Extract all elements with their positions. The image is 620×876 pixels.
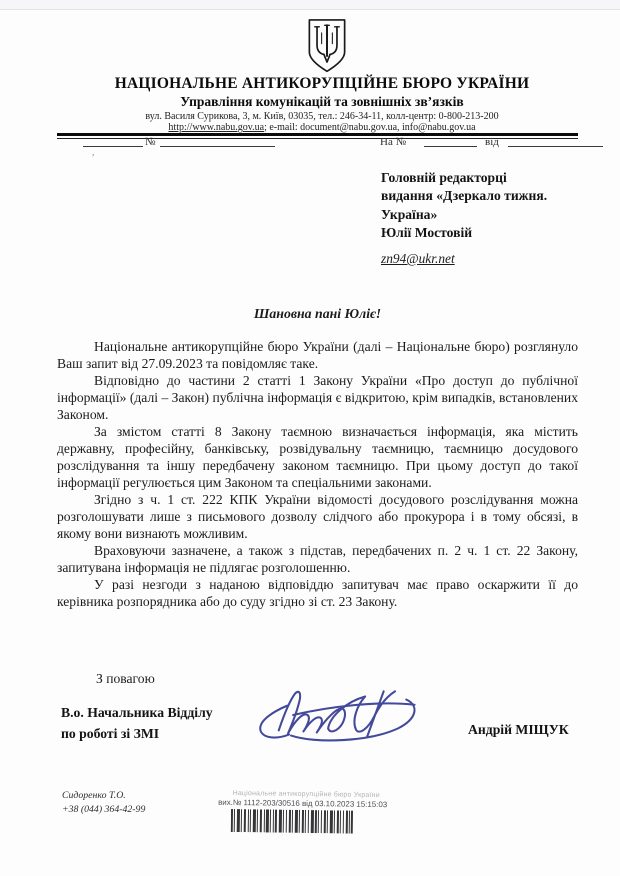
signer-position-line: по роботі зі ЗМІ bbox=[61, 723, 213, 744]
reply-date-label: від bbox=[485, 136, 499, 148]
recipient-line: Україна» bbox=[381, 206, 591, 224]
recipient-block: Головній редакторці видання «Дзеркало ти… bbox=[381, 169, 591, 242]
paragraph: Враховуючи зазначене, а також з підстав,… bbox=[57, 542, 578, 576]
executor-phone: +38 (044) 364-42-99 bbox=[62, 803, 145, 817]
paragraph: За змістом статті 8 Закону таємною визна… bbox=[57, 423, 578, 491]
number-label: № bbox=[145, 136, 156, 148]
reply-number-label: На № bbox=[380, 136, 406, 148]
contacts-line: http://www.nabu.gov.ua; e-mail: document… bbox=[24, 122, 620, 133]
recipient-line: Юлії Мостовій bbox=[381, 224, 591, 242]
salutation: Шановна пані Юліє! bbox=[57, 305, 578, 322]
org-name: НАЦІОНАЛЬНЕ АНТИКОРУПЦІЙНЕ БЮРО УКРАЇНИ bbox=[24, 75, 620, 93]
stamp-registration-line: вих.№ 1112-203/30516 від 03.10.2023 15:1… bbox=[218, 798, 394, 809]
scan-edge-band bbox=[0, 0, 620, 9]
executor-block: Сидоренко Т.О. +38 (044) 364-42-99 bbox=[62, 789, 145, 817]
outgoing-number-field bbox=[160, 134, 275, 147]
recipient-email: zn94@ukr.net bbox=[381, 251, 455, 267]
signer-position: В.о. Начальника Відділу по роботі зі ЗМІ bbox=[61, 702, 213, 744]
closing-phrase: З повагою bbox=[96, 671, 155, 687]
reply-date-field bbox=[508, 134, 603, 147]
executor-name: Сидоренко Т.О. bbox=[62, 789, 145, 803]
paragraph: Національне антикорупційне бюро України … bbox=[57, 338, 578, 372]
letter-body: Шановна пані Юліє! Національне антикоруп… bbox=[57, 305, 578, 610]
signer-position-line: В.о. Начальника Відділу bbox=[61, 702, 213, 723]
recipient-line: видання «Дзеркало тижня. bbox=[381, 187, 591, 205]
address-line: вул. Василя Сурикова, 3, м. Київ, 03035,… bbox=[24, 111, 620, 122]
scanned-letter-page: НАЦІОНАЛЬНЕ АНТИКОРУПЦІЙНЕ БЮРО УКРАЇНИ … bbox=[0, 0, 620, 876]
emails-text: ; e-mail: document@nabu.gov.ua, info@nab… bbox=[264, 122, 476, 133]
paragraph: Згідно з ч. 1 ст. 222 КПК України відомо… bbox=[57, 491, 578, 542]
scan-speck: , bbox=[92, 147, 94, 157]
paragraph: У разі незгоди з наданою відповіддю запи… bbox=[57, 576, 578, 610]
barcode bbox=[231, 809, 355, 834]
signer-name: Андрій МІЩУК bbox=[468, 722, 569, 738]
recipient-line: Головній редакторці bbox=[381, 169, 591, 187]
website-link: http://www.nabu.gov.ua bbox=[168, 122, 264, 133]
handwritten-signature bbox=[252, 683, 432, 747]
paragraph: Відповідно до частини 2 статті 1 Закону … bbox=[57, 372, 578, 423]
ukraine-trident-icon bbox=[304, 17, 350, 75]
registration-stamp: Національне антикорупційне бюро України … bbox=[218, 790, 395, 834]
outgoing-date-field bbox=[83, 134, 143, 147]
scan-edge-line bbox=[0, 9, 620, 10]
reply-number-field bbox=[424, 134, 477, 147]
department-name: Управління комунікацій та зовнішніх зв’я… bbox=[24, 94, 620, 110]
